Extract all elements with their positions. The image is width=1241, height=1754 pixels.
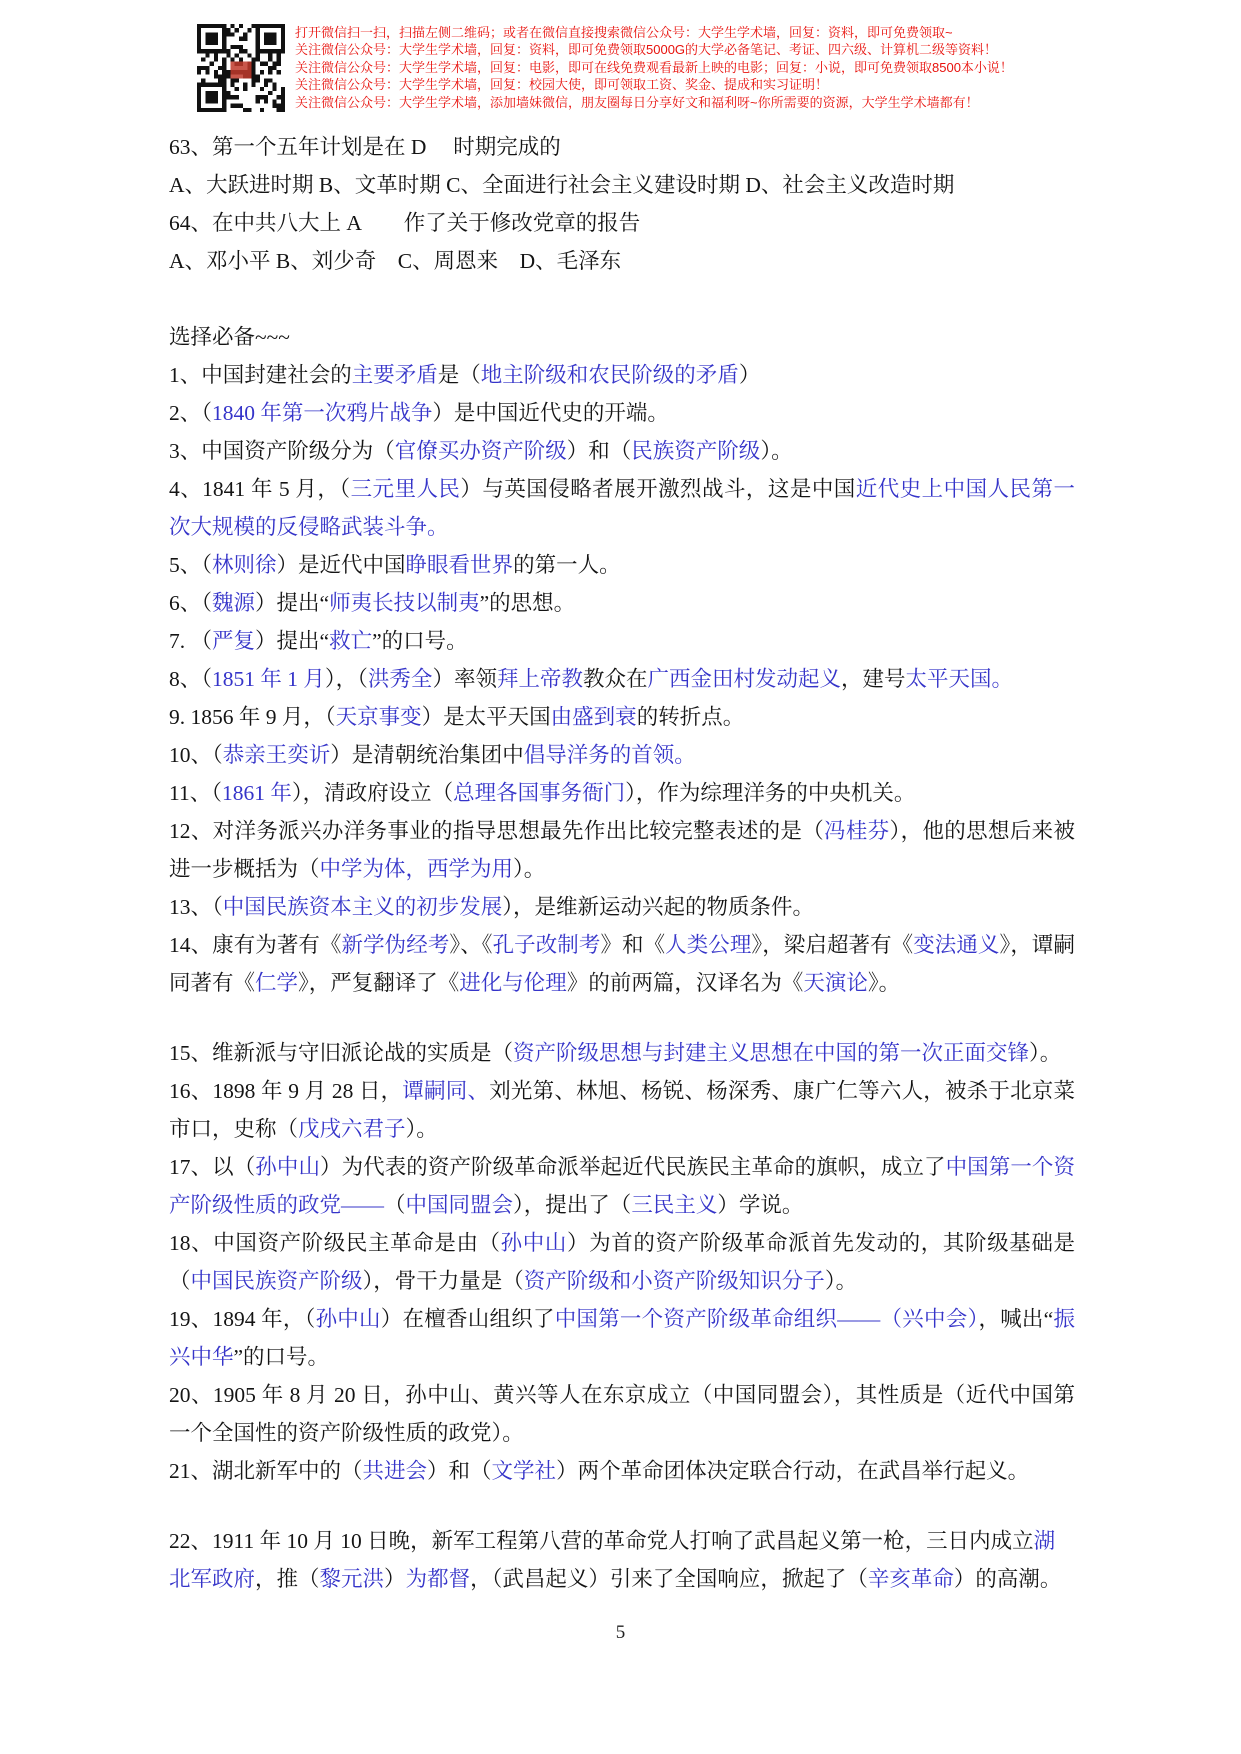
text-run: 21、湖北新军中的（ — [169, 1459, 363, 1483]
highlighted-text: 为都督 — [406, 1567, 471, 1591]
highlighted-text: 中国民族资产阶级 — [191, 1269, 363, 1293]
text-run: 》，严复翻译了《 — [298, 971, 459, 995]
list-item: 3、中国资产阶级分为（官僚买办资产阶级）和（民族资产阶级）。 — [169, 432, 1075, 470]
text-run: ）是中国近代史的开端。 — [432, 401, 669, 425]
text-run: 64、在中共八大上 A 作了关于修改党章的报告 — [169, 211, 640, 235]
list-item: 20、1905 年 8 月 20 日，孙中山、黄兴等人在东京成立（中国同盟会），… — [169, 1376, 1075, 1452]
text-run: ”的思想。 — [480, 591, 576, 615]
highlighted-text: 救亡 — [329, 629, 372, 653]
text-run: 13、（ — [169, 895, 223, 919]
highlighted-text: 黎元洪 — [320, 1567, 385, 1591]
highlighted-text: 林则徐 — [212, 553, 277, 577]
highlighted-text: 冯桂芬 — [824, 819, 890, 843]
question-line: A、邓小平 B、刘少奇 C、周恩来 D、毛泽东 — [169, 242, 1075, 280]
promo-line: 关注微信公众号：大学生学术墙，添加墙妹微信，朋友圈每日分享好文和福利呀~你所需要… — [295, 94, 1013, 111]
text-run: 10、（ — [169, 743, 223, 767]
highlighted-text: 新学伪经考 — [342, 933, 450, 957]
text-run: 》、《 — [449, 933, 492, 957]
section-title: 选择必备~~~ — [169, 318, 1075, 356]
text-run: 3、中国资产阶级分为（ — [169, 439, 395, 463]
list-item: 4、1841 年 5 月，（三元里人民）与英国侵略者展开激烈战斗，这是中国近代史… — [169, 470, 1075, 546]
highlighted-text: 资产阶级和小资产阶级知识分子 — [524, 1269, 825, 1293]
text-run: ）在檀香山组织了 — [381, 1307, 555, 1331]
text-run: 63、第一个五年计划是在 D 时期完成的 — [169, 135, 561, 159]
list-item: 7. （严复）提出“救亡”的口号。 — [169, 622, 1075, 660]
text-run: ），骨干力量是（ — [363, 1269, 524, 1293]
text-run: 16、1898 年 9 月 28 日， — [169, 1079, 402, 1103]
text-run: 5、（ — [169, 553, 212, 577]
text-run: 12、对洋务派兴办洋务事业的指导思想最先作出比较完整表述的是（ — [169, 819, 824, 843]
list-item: 15、维新派与守旧派论战的实质是（资产阶级思想与封建主义思想在中国的第一次正面交… — [169, 1034, 1075, 1072]
review-items-block: 1、中国封建社会的主要矛盾是（地主阶级和农民阶级的矛盾）2、（1840 年第一次… — [169, 356, 1075, 1598]
text-run: 15、维新派与守旧派论战的实质是（ — [169, 1041, 513, 1065]
text-run: ），（ — [325, 667, 368, 691]
highlighted-text: 睁眼看世界 — [406, 553, 514, 577]
highlighted-text: 太平天国。 — [906, 667, 1014, 691]
highlighted-text: 倡导洋务的首领。 — [524, 743, 696, 767]
text-run: 17、以（ — [169, 1155, 255, 1179]
text-run: ）的高潮。 — [954, 1567, 1062, 1591]
document-page: 打开微信扫一扫，扫描左侧二维码；或者在微信直接搜索微信公众号：大学生学术墙，回复… — [0, 0, 1241, 1754]
text-run: ）与英国侵略者展开激烈战斗，这是中国 — [460, 477, 855, 501]
text-run: ）两个革命团体决定联合行动，在武昌举行起义。 — [556, 1459, 1029, 1483]
highlighted-text: 孙中山 — [501, 1231, 567, 1255]
text-run: ）。 — [406, 1117, 438, 1141]
highlighted-text: 中国同盟会 — [406, 1193, 514, 1217]
questions-block: 63、第一个五年计划是在 D 时期完成的A、大跃进时期 B、文革时期 C、全面进… — [169, 128, 1075, 280]
text-run: 是（ — [438, 363, 481, 387]
highlighted-text: 1861 年 — [222, 781, 292, 805]
list-item: 6、（魏源）提出“师夷长技以制夷”的思想。 — [169, 584, 1075, 622]
text-run: 14、康有为著有《 — [169, 933, 342, 957]
page-number: 5 — [0, 1622, 1241, 1644]
text-run: ），提出了（ — [513, 1193, 631, 1217]
text-run: ）是近代中国 — [277, 553, 406, 577]
list-item: 8、（1851 年 1 月），（洪秀全）率领拜上帝教教众在广西金田村发动起义，建… — [169, 660, 1075, 698]
promo-text-block: 打开微信扫一扫，扫描左侧二维码；或者在微信直接搜索微信公众号：大学生学术墙，回复… — [295, 24, 1013, 111]
document-body: 63、第一个五年计划是在 D 时期完成的A、大跃进时期 B、文革时期 C、全面进… — [169, 128, 1075, 1598]
text-run: 9. 1856 年 9 月，（ — [169, 705, 336, 729]
highlighted-text: 严复 — [212, 629, 255, 653]
list-item: 14、康有为著有《新学伪经考》、《孔子改制考》和《人类公理》，梁启超著有《变法通… — [169, 926, 1075, 1002]
text-run: 教众在 — [583, 667, 648, 691]
text-run: ） — [739, 363, 761, 387]
text-run: ”的口号。 — [234, 1345, 330, 1369]
list-item: 17、以（孙中山）为代表的资产阶级革命派举起近代民族民主革命的旗帜，成立了中国第… — [169, 1148, 1075, 1224]
text-run: 》，梁启超著有《 — [751, 933, 913, 957]
text-run: 22、1911 年 10 月 10 日晚，新军工程第八营的革命党人打响了武昌起义… — [169, 1529, 1034, 1553]
text-run: ）提出“ — [255, 629, 329, 653]
highlighted-text: 三元里人民 — [351, 477, 461, 501]
text-run: 》的前两篇，汉译名为《 — [567, 971, 804, 995]
text-run: 2、（ — [169, 401, 212, 425]
text-run: ）学说。 — [717, 1193, 803, 1217]
highlighted-text: 广西金田村发动起义 — [647, 667, 841, 691]
text-run: 4、1841 年 5 月，（ — [169, 477, 351, 501]
text-run: ”的口号。 — [372, 629, 468, 653]
text-run: ，喊出“ — [978, 1307, 1053, 1331]
highlighted-text: 恭亲王奕䜣 — [223, 743, 331, 767]
highlighted-text: 师夷长技以制夷 — [329, 591, 480, 615]
promo-line: 关注微信公众号：大学生学术墙，回复：校园大使，即可领取工资、奖金、提成和实习证明… — [295, 76, 1013, 93]
text-run: ，推（ — [255, 1567, 320, 1591]
text-run: 的转折点。 — [637, 705, 745, 729]
text-run: 》。 — [868, 971, 900, 995]
highlighted-text: 魏源 — [212, 591, 255, 615]
highlighted-text: 中国民族资本主义的初步发展 — [223, 895, 503, 919]
highlighted-text: 天京事变 — [336, 705, 422, 729]
text-run: ）和（ — [567, 439, 632, 463]
text-run: 8、（ — [169, 667, 212, 691]
highlighted-text: 拜上帝教 — [497, 667, 583, 691]
text-run: ，（武昌起义）引来了全国响应，掀起了（ — [470, 1567, 868, 1591]
highlighted-text: 民族资产阶级 — [631, 439, 760, 463]
text-run: 》和《 — [600, 933, 665, 957]
list-item: 10、（恭亲王奕䜣）是清朝统治集团中倡导洋务的首领。 — [169, 736, 1075, 774]
question-line: A、大跃进时期 B、文革时期 C、全面进行社会主义建设时期 D、社会主义改造时期 — [169, 166, 1075, 204]
promo-header: 打开微信扫一扫，扫描左侧二维码；或者在微信直接搜索微信公众号：大学生学术墙，回复… — [195, 24, 1013, 112]
list-item: 2、（1840 年第一次鸦片战争）是中国近代史的开端。 — [169, 394, 1075, 432]
highlighted-text: 人类公理 — [665, 933, 751, 957]
highlighted-text: 洪秀全 — [368, 667, 433, 691]
highlighted-text: 总理各国事务衙门 — [453, 781, 625, 805]
text-run: ）提出“ — [255, 591, 329, 615]
question-line: 63、第一个五年计划是在 D 时期完成的 — [169, 128, 1075, 166]
text-run: （ — [384, 1193, 406, 1217]
highlighted-text: 变法通义 — [913, 933, 999, 957]
highlighted-text: 资产阶级思想与封建主义思想在中国的第一次正面交锋 — [513, 1041, 1029, 1065]
highlighted-text: 谭嗣同、 — [402, 1079, 489, 1103]
text-run: ）。 — [760, 439, 792, 463]
text-run: ）。 — [825, 1269, 857, 1293]
text-run: A、邓小平 B、刘少奇 C、周恩来 D、毛泽东 — [169, 249, 621, 273]
text-run: ）。 — [1029, 1041, 1061, 1065]
text-run: ），清政府设立（ — [292, 781, 453, 805]
wechat-qr-code-icon — [195, 24, 287, 112]
highlighted-text: 文学社 — [492, 1459, 557, 1483]
list-item: 16、1898 年 9 月 28 日，谭嗣同、刘光第、林旭、杨锐、杨深秀、康广仁… — [169, 1072, 1075, 1148]
text-run: A、大跃进时期 B、文革时期 C、全面进行社会主义建设时期 D、社会主义改造时期 — [169, 173, 954, 197]
highlighted-text: 共进会 — [363, 1459, 428, 1483]
highlighted-text: 辛亥革命 — [868, 1567, 954, 1591]
highlighted-text: 戊戌六君子 — [298, 1117, 406, 1141]
list-item: 9. 1856 年 9 月，（天京事变）是太平天国由盛到衰的转折点。 — [169, 698, 1075, 736]
highlighted-text: 孙中山 — [255, 1155, 320, 1179]
text-run: 7. （ — [169, 629, 212, 653]
text-run: ） — [384, 1567, 406, 1591]
highlighted-text: 仁学 — [255, 971, 298, 995]
text-run: 20、1905 年 8 月 20 日，孙中山、黄兴等人在东京成立（中国同盟会），… — [169, 1383, 1075, 1445]
list-item: 22、1911 年 10 月 10 日晚，新军工程第八营的革命党人打响了武昌起义… — [169, 1522, 1075, 1598]
highlighted-text: 中学为体，西学为用 — [320, 857, 514, 881]
list-item: 21、湖北新军中的（共进会）和（文学社）两个革命团体决定联合行动，在武昌举行起义… — [169, 1452, 1075, 1490]
text-run: ）是清朝统治集团中 — [330, 743, 524, 767]
list-item: 1、中国封建社会的主要矛盾是（地主阶级和农民阶级的矛盾） — [169, 356, 1075, 394]
text-run: ）率领 — [432, 667, 497, 691]
highlighted-text: 进化与伦理 — [459, 971, 567, 995]
text-run: 的第一人。 — [513, 553, 621, 577]
text-run: ）和（ — [427, 1459, 492, 1483]
highlighted-text: 官僚买办资产阶级 — [395, 439, 567, 463]
highlighted-text: 由盛到衰 — [551, 705, 637, 729]
text-run: 11、（ — [169, 781, 222, 805]
list-item: 19、1894 年，（孙中山）在檀香山组织了中国第一个资产阶级革命组织——（兴中… — [169, 1300, 1075, 1376]
text-run: 1、中国封建社会的 — [169, 363, 352, 387]
text-run: ），作为综理洋务的中央机关。 — [625, 781, 915, 805]
highlighted-text: 天演论 — [803, 971, 868, 995]
list-item: 12、对洋务派兴办洋务事业的指导思想最先作出比较完整表述的是（冯桂芬），他的思想… — [169, 812, 1075, 888]
highlighted-text: 地主阶级和农民阶级的矛盾 — [481, 363, 739, 387]
promo-line: 打开微信扫一扫，扫描左侧二维码；或者在微信直接搜索微信公众号：大学生学术墙，回复… — [295, 24, 1013, 41]
text-run: 19、1894 年，（ — [169, 1307, 316, 1331]
list-item: 18、中国资产阶级民主革命是由（孙中山）为首的资产阶级革命派首先发动的，其阶级基… — [169, 1224, 1075, 1300]
text-run: 18、中国资产阶级民主革命是由（ — [169, 1231, 501, 1255]
highlighted-text: 中国第一个资产阶级革命组织——（兴中会） — [555, 1307, 979, 1331]
highlighted-text: 孔子改制考 — [493, 933, 601, 957]
question-line: 64、在中共八大上 A 作了关于修改党章的报告 — [169, 204, 1075, 242]
highlighted-text: 孙中山 — [316, 1307, 381, 1331]
highlighted-text: 1851 年 1 月 — [212, 667, 325, 691]
text-run: ）。 — [513, 857, 545, 881]
text-run: ），是维新运动兴起的物质条件。 — [502, 895, 814, 919]
list-item: 11、（1861 年），清政府设立（总理各国事务衙门），作为综理洋务的中央机关。 — [169, 774, 1075, 812]
highlighted-text: 主要矛盾 — [352, 363, 438, 387]
promo-line: 关注微信公众号：大学生学术墙，回复：电影，即可在线免费观看最新上映的电影；回复：… — [295, 59, 1013, 76]
text-run: ）为代表的资产阶级革命派举起近代民族民主革命的旗帜，成立了 — [320, 1155, 946, 1179]
text-run: ，建号 — [841, 667, 906, 691]
list-item: 13、（中国民族资本主义的初步发展），是维新运动兴起的物质条件。 — [169, 888, 1075, 926]
text-run: ）是太平天国 — [422, 705, 551, 729]
list-item: 5、（林则徐）是近代中国睁眼看世界的第一人。 — [169, 546, 1075, 584]
highlighted-text: 1840 年第一次鸦片战争 — [212, 401, 432, 425]
highlighted-text: 三民主义 — [631, 1193, 717, 1217]
promo-line: 关注微信公众号：大学生学术墙，回复：资料，即可免费领取5000G的大学必备笔记、… — [295, 41, 1013, 58]
text-run: 6、（ — [169, 591, 212, 615]
